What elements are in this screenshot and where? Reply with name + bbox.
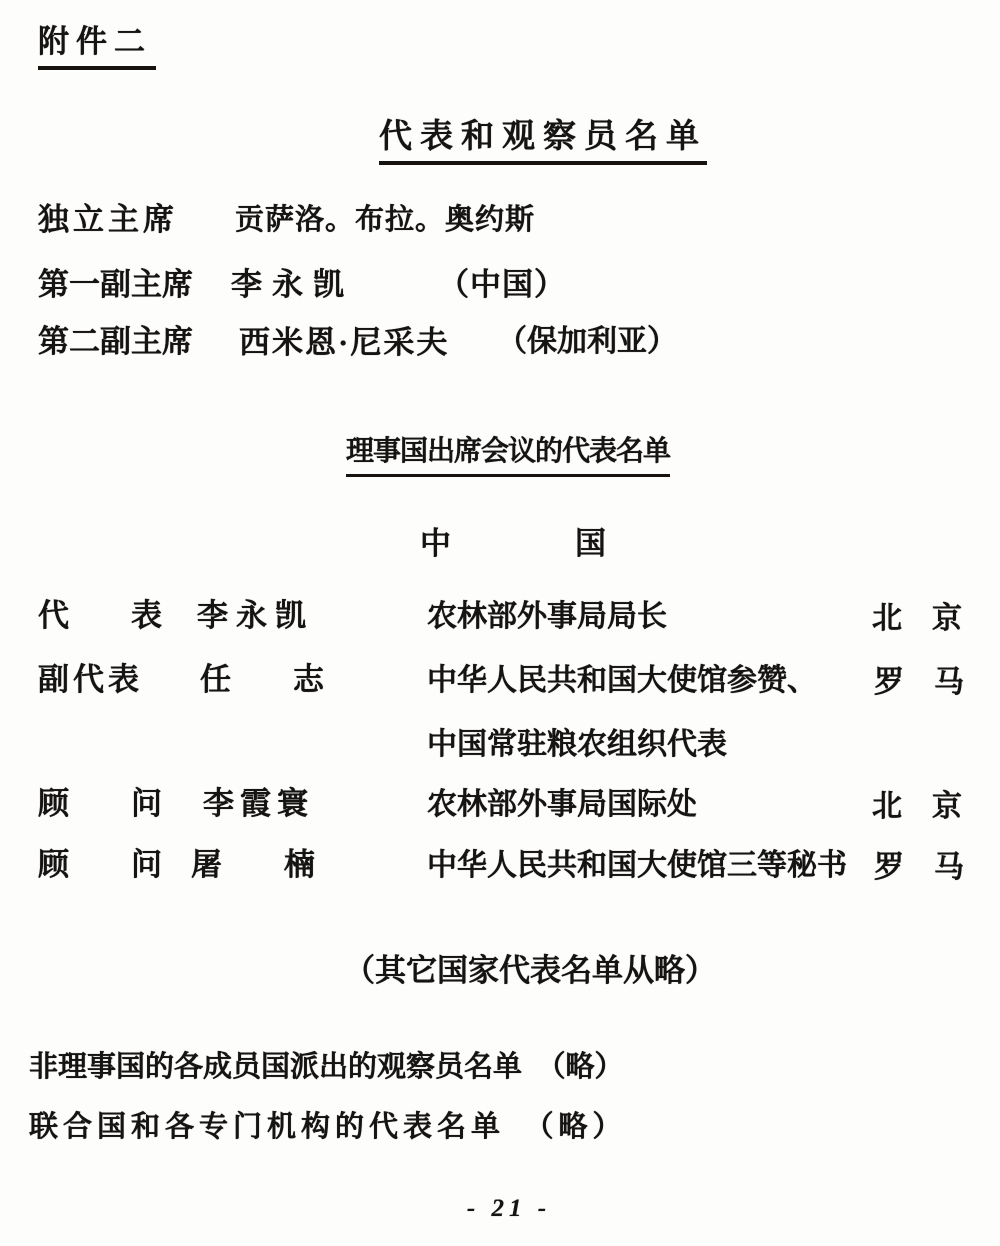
delegate-name: 屠 楠 bbox=[191, 849, 315, 880]
delegate-title: 农林部外事局国际处 bbox=[427, 790, 697, 820]
officer-country: （中国） bbox=[438, 269, 566, 300]
delegate-role: 副代表 bbox=[38, 664, 143, 695]
delegate-role: 顾 问 bbox=[38, 788, 162, 819]
delegate-name: 李永凯 bbox=[197, 600, 314, 631]
delegate-title: 中华人民共和国大使馆三等秘书 bbox=[427, 851, 847, 881]
document-title: 代表和观察员名单 bbox=[379, 121, 707, 165]
delegate-role: 顾 问 bbox=[38, 849, 162, 880]
delegate-title-line2: 中国常驻粮农组织代表 bbox=[427, 730, 727, 760]
delegate-title: 中华人民共和国大使馆参赞、 bbox=[427, 666, 817, 696]
officer-name: 西米恩·尼采夫 bbox=[239, 327, 449, 358]
section-heading: 理事国出席会议的代表名单 bbox=[346, 438, 670, 477]
delegate-city: 北 京 bbox=[872, 792, 962, 822]
delegate-city: 北 京 bbox=[872, 604, 962, 634]
attachment-label: 附件二 bbox=[38, 26, 156, 70]
un-agencies-note: 联合国和各专门机构的代表名单 （略） bbox=[29, 1113, 627, 1142]
delegate-name: 李霞寰 bbox=[203, 788, 314, 819]
officer-country: （保加利亚） bbox=[497, 327, 677, 357]
delegate-title: 农林部外事局局长 bbox=[427, 602, 667, 632]
officer-role: 第二副主席 bbox=[38, 326, 193, 357]
officer-role: 独立主席 bbox=[38, 204, 178, 235]
country-heading: 中 国 bbox=[420, 528, 606, 559]
officer-role: 第一副主席 bbox=[38, 269, 193, 300]
officer-name: 贡萨洛。布拉。奥约斯 bbox=[235, 206, 535, 235]
delegate-city: 罗 马 bbox=[874, 668, 964, 698]
page-number: - 21 - bbox=[467, 1196, 551, 1221]
observers-note: 非理事国的各成员国派出的观察员名单 （略） bbox=[29, 1053, 624, 1082]
officer-name: 李永凯 bbox=[231, 269, 354, 300]
other-countries-note: （其它国家代表名单从略） bbox=[344, 955, 716, 986]
delegate-name: 任 志 bbox=[200, 664, 324, 695]
document-page: 附件二 代表和观察员名单 独立主席 贡萨洛。布拉。奥约斯 第一副主席 李永凯 （… bbox=[0, 0, 1000, 1246]
delegate-role: 代 表 bbox=[38, 600, 162, 631]
delegate-city: 罗 马 bbox=[874, 853, 964, 883]
